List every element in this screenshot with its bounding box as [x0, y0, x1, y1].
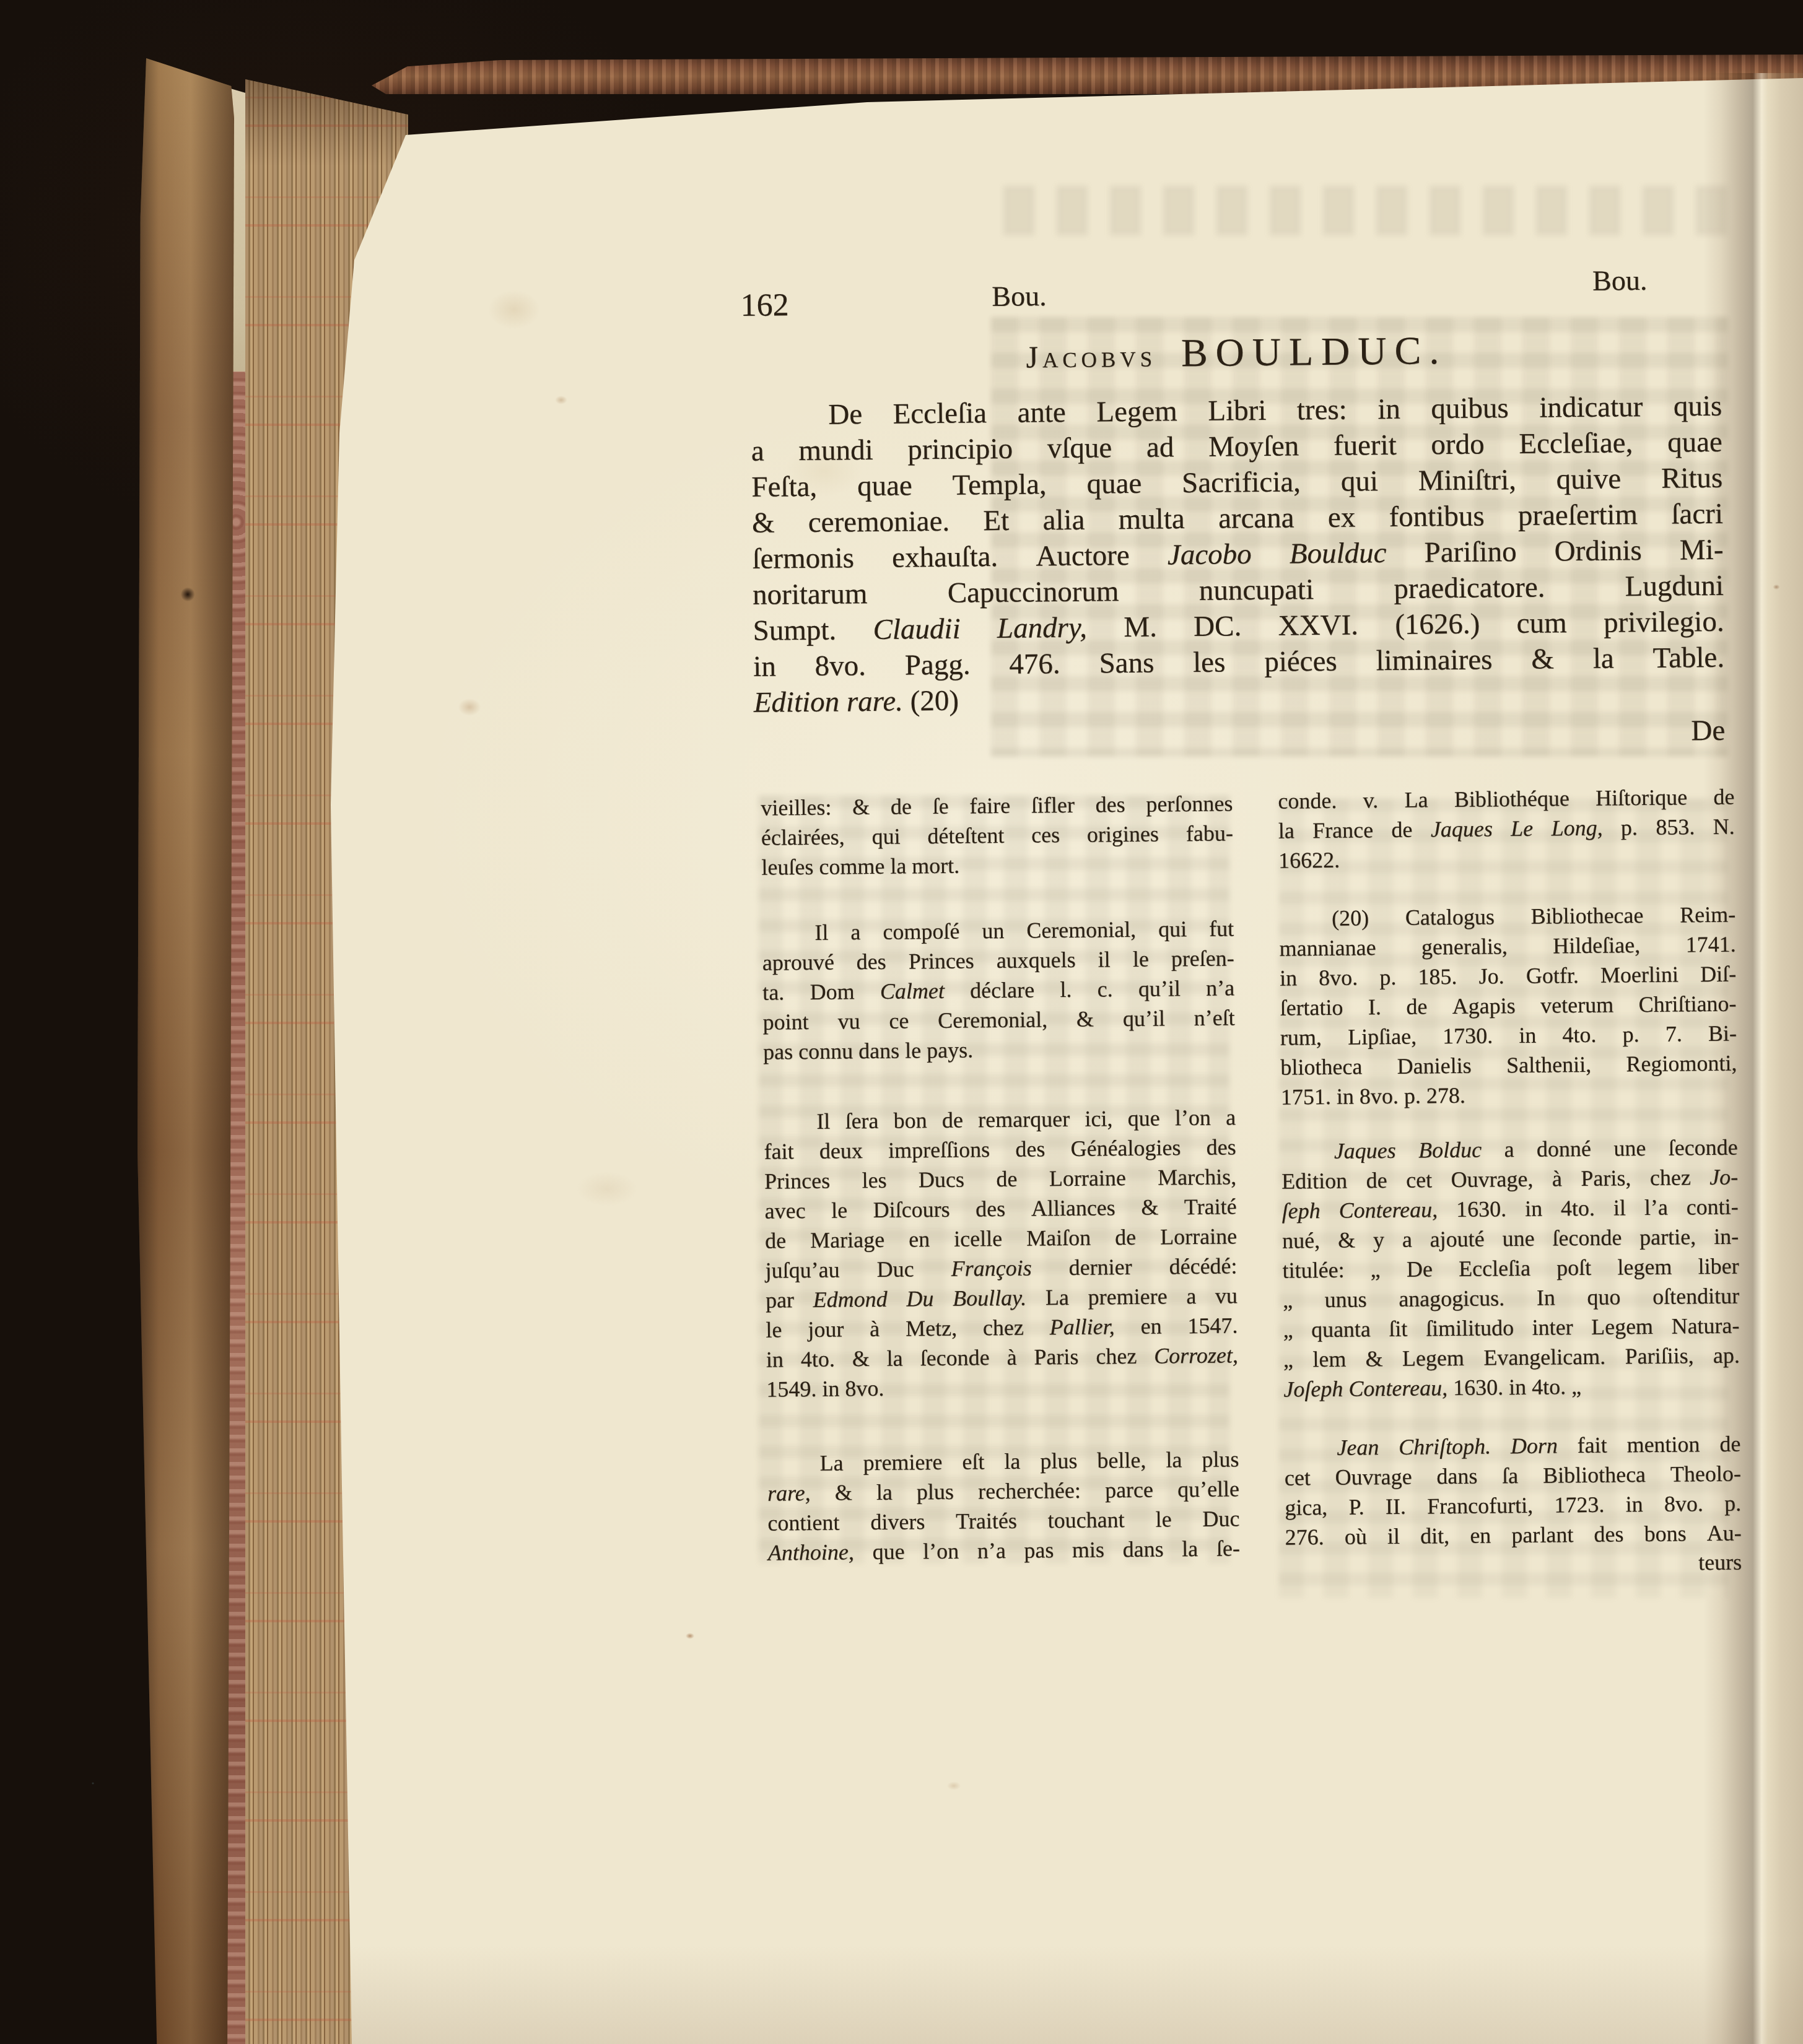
entry-title-forename: Jacobvs — [1026, 339, 1156, 375]
text-line: avecleDiſcoursdesAlliances&Traité — [764, 1191, 1236, 1225]
book-cover-leather-edge — [138, 58, 234, 2044]
text-line: „lem&LegemEvangelicam.Pariſiis,ap. — [1283, 1341, 1740, 1375]
text-line: 1751. in 8vo. p. 278. — [1281, 1078, 1737, 1112]
text-line: 276.oùildit,enparlantdesbonsAu- — [1285, 1518, 1742, 1552]
text-line: rum,Lipſiae,1730.in4to.p.7.Bi- — [1280, 1019, 1737, 1053]
right-column-paragraph: conde.v.LaBibliothéqueHiſtoriquedelaFran… — [1278, 782, 1735, 876]
text-line: pas connu dans le pays. — [763, 1032, 1235, 1066]
text-line: gica,P.II.Francofurti,1723.in8vo.p. — [1285, 1489, 1741, 1523]
text-line: contientdiversTraitéstouchantleDuc — [767, 1503, 1239, 1537]
right-column-paragraph: (20)CatalogusBibliothecaeReim-mannianaeg… — [1279, 900, 1737, 1112]
printed-text-layer: 162 Bou. Bou. JacobvsBOULDUC. DeEccleſia… — [740, 257, 1745, 1752]
running-head-left: Bou. — [945, 279, 1093, 313]
book-scan-stage: 162 Bou. Bou. JacobvsBOULDUC. DeEccleſia… — [0, 0, 1803, 2044]
text-line: Joſeph Contereau, 1630. in 4to. „ — [1283, 1370, 1740, 1404]
text-line: Anthoine,quel’onn’apasmisdanslaſe- — [768, 1533, 1240, 1567]
text-line: PrinceslesDucsdeLorraineMarchis, — [764, 1162, 1236, 1196]
text-line: (20)CatalogusBibliothecaeReim- — [1279, 900, 1735, 934]
catchword-mid: De — [754, 714, 1725, 757]
page-number: 162 — [740, 287, 789, 324]
text-line: bliothecaDanielisSalthenii,Regiomonti, — [1280, 1048, 1737, 1082]
left-column-paragraph: IlacompoſéunCeremonial,quifutaprouvédesP… — [762, 913, 1235, 1066]
text-line: „quantaſitſimilitudointerLegemNatura- — [1283, 1311, 1739, 1345]
text-line: in4to.&laſecondeàParischezCorrozet, — [766, 1340, 1238, 1374]
text-line: Ilſerabonderemarquerici,quel’ona — [764, 1102, 1236, 1136]
text-line: mannianaegeneralis,Hildeſiae,1741. — [1279, 929, 1735, 963]
right-column-paragraph: JeanChriſtoph.DornfaitmentiondecetOuvrag… — [1284, 1429, 1742, 1552]
text-line: lejouràMetz,chezPallier,en1547. — [766, 1310, 1238, 1344]
text-line: aprouvédesPrincesauxquelsillepreſen- — [762, 943, 1234, 977]
text-line: in8vo.p.185.Jo.Gotfr.MoerliniDiſ- — [1280, 959, 1736, 993]
text-line: vieilles:&deſefaireſiflerdesperſonnes — [761, 788, 1233, 822]
text-line: Lapremiereeſtlaplusbelle,laplus — [767, 1444, 1239, 1478]
text-line: cetOuvragedansſaBibliothecaTheolo- — [1285, 1459, 1741, 1493]
text-line: pointvuceCeremonial,&qu’iln’eſt — [762, 1002, 1234, 1037]
text-line: conde.v.LaBibliothéqueHiſtoriquede — [1278, 782, 1734, 816]
text-line: EditiondecetOuvrage,àParis,chezJo- — [1281, 1162, 1738, 1196]
text-line: ſertatioI.deAgapisveterumChriſtiano- — [1280, 989, 1736, 1023]
text-line: titulée:„DeEccleſiapoſtlegemliber — [1282, 1251, 1739, 1285]
left-column-paragraph: vieilles:&deſefaireſiflerdesperſonnesécl… — [761, 788, 1233, 882]
text-line: laFrancedeJaquesLeLong,p.853.N. — [1278, 812, 1735, 846]
text-line: leuſes comme la mort. — [761, 848, 1233, 882]
text-line: nué,&yaajoutéuneſecondepartie,in- — [1282, 1222, 1739, 1256]
text-line: JaquesBolducadonnéuneſeconde — [1281, 1133, 1738, 1167]
text-line: 1549. in 8vo. — [766, 1370, 1238, 1404]
text-line: „unusanagogicus.Inquooſtenditur — [1283, 1281, 1739, 1315]
text-line: faitdeuximpreſſionsdesGénéalogiesdes — [764, 1132, 1236, 1166]
text-line: ſephContereau,1630.in4to.ill’aconti- — [1281, 1192, 1738, 1226]
entry-title: JacobvsBOULDUC. — [741, 325, 1732, 380]
left-column-paragraph: Lapremiereeſtlaplusbelle,laplusrare,&lap… — [767, 1444, 1240, 1567]
text-line: éclairées,quidéteſtentcesoriginesfabu- — [761, 818, 1233, 852]
text-line: IlacompoſéunCeremonial,quifut — [762, 913, 1234, 947]
text-line: rare,&laplusrecherchée:parcequ’elle — [767, 1474, 1239, 1508]
text-line: JeanChriſtoph.Dornfaitmentionde — [1284, 1429, 1740, 1463]
text-line: parEdmondDuBoullay.Lapremiereavu — [766, 1281, 1238, 1315]
main-entry-paragraph: DeEccleſiaanteLegemLibritres:inquibusind… — [751, 388, 1725, 721]
text-line: juſqu’auDucFrançoisdernierdécédé: — [765, 1251, 1237, 1285]
running-head-right: Bou. — [1545, 263, 1694, 297]
left-column-paragraph: Ilſerabonderemarquerici,quel’onafaitdeux… — [764, 1102, 1239, 1404]
text-line: 16622. — [1278, 842, 1735, 876]
catchword-bottom: teurs — [1285, 1549, 1742, 1580]
entry-title-surname: BOULDUC. — [1181, 328, 1447, 375]
text-line: ta.DomCalmetdéclarel.c.qu’iln’a — [762, 973, 1234, 1007]
text-line: deMariageenicelleMaiſondeLorraine — [765, 1221, 1237, 1255]
right-column-paragraph: JaquesBolducadonnéuneſecondeEditiondecet… — [1281, 1133, 1740, 1404]
